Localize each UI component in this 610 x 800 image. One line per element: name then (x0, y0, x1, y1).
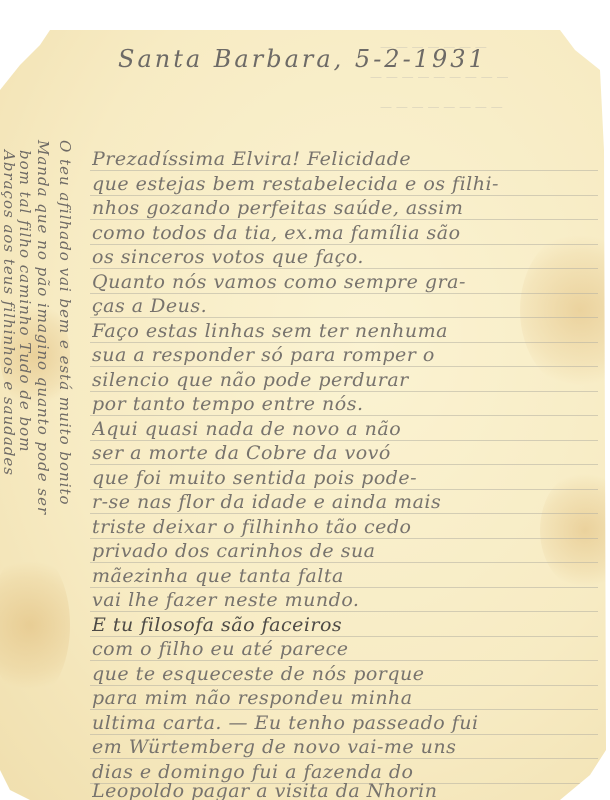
letter-line: para mim não respondeu minha (92, 687, 596, 709)
margin-note-column: O teu afilhado vai bem e está muito boni… (56, 140, 74, 506)
letter-line: os sinceros votos que faço. (92, 246, 596, 268)
letter-line: por tanto tempo entre nós. (92, 393, 596, 415)
letter-line: vai lhe fazer neste mundo. (92, 589, 596, 611)
letter-line: Aqui quasi nada de novo a não (92, 418, 596, 440)
letter-line: ças a Deus. (92, 295, 596, 317)
letter-line: que foi muito sentida pois pode- (92, 467, 596, 489)
bleed-through-text: — — — — — — — — (380, 100, 503, 114)
letter-line: ser a morte da Cobre da vovó (92, 442, 596, 464)
letter-line: Prezadíssima Elvira! Felicidade (92, 148, 596, 170)
letter-line: Leopoldo pagar a visita da Nhorin (92, 780, 596, 800)
letter-line: Faço estas linhas sem ter nenhuma (92, 320, 596, 342)
letter-line: em Würtemberg de novo vai-me uns (92, 736, 596, 758)
letter-line: Quanto nós vamos como sempre gra- (92, 271, 596, 293)
letter-line: silencio que não pode perdurar (92, 369, 596, 391)
margin-note-column: bom tal filho caminho Tudo de bom (16, 150, 34, 452)
margin-note-column: Manda que no pão imagino quanto pode ser (34, 140, 52, 515)
letter-line: nhos gozando perfeitas saúde, assim (92, 197, 596, 219)
water-stain (0, 550, 70, 700)
letter-line: r-se nas flor da idade e ainda mais (92, 491, 596, 513)
margin-note-column: Abraços aos teus filhinhos e saudades (0, 150, 18, 476)
letter-line: mãezinha que tanta falta (92, 565, 596, 587)
letter-line: como todos da tia, ex.ma família são (92, 222, 596, 244)
letter-paper: — — — — — — — — — — — — — — — — — — — — … (0, 30, 610, 800)
letter-line: que estejas bem restabelecida e os filhi… (92, 173, 596, 195)
letter-line: sua a responder só para romper o (92, 344, 596, 366)
letter-place-date: Santa Barbara, 5-2-1931 (118, 45, 487, 73)
letter-line: triste deixar o filhinho tão cedo (92, 516, 596, 538)
letter-line: ultima carta. — Eu tenho passeado fui (92, 712, 596, 734)
letter-line: privado dos carinhos de sua (92, 540, 596, 562)
letter-line: com o filho eu até parece (92, 638, 596, 660)
letter-line: que te esqueceste de nós porque (92, 663, 596, 685)
letter-line: E tu filosofa são faceiros (92, 614, 596, 636)
